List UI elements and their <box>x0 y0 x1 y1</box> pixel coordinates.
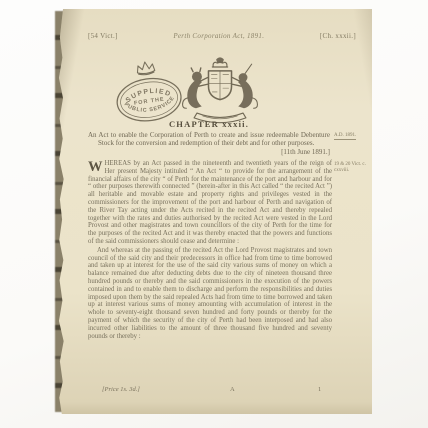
signature-mark: A <box>230 386 235 393</box>
body-text-column: WHEREAS by an Act passed in the nineteen… <box>88 160 332 340</box>
act-page: [54 Vict.] Perth Corporation Act, 1891. … <box>58 9 372 414</box>
document-photo: [54 Vict.] Perth Corporation Act, 1891. … <box>0 0 428 428</box>
price-label: [Price 1s. 3d.] <box>102 386 140 393</box>
running-header: [54 Vict.] Perth Corporation Act, 1891. … <box>88 32 356 40</box>
royal-coat-of-arms <box>172 53 268 129</box>
crown-icon <box>136 61 155 76</box>
margin-note-citation: 19 & 20 Vict. c. cxxviii. <box>334 162 376 174</box>
margin-note-ad: A.D. 1891. <box>334 133 376 139</box>
drop-cap: W <box>88 160 105 174</box>
and-whereas-paragraph: And whereas at the passing of the recite… <box>88 247 332 341</box>
royal-assent-date: [11th June 1891.] <box>88 148 330 156</box>
act-title-block: An Act to enable the Corporation of Pert… <box>88 131 330 156</box>
chapter-heading: CHAPTER xxxii. <box>86 119 332 129</box>
header-act-name: Perth Corporation Act, 1891. <box>173 32 264 40</box>
act-long-title: An Act to enable the Corporation of Pert… <box>88 131 330 147</box>
whereas-paragraph: WHEREAS by an Act passed in the nineteen… <box>88 160 332 246</box>
page-number: 1 <box>318 386 321 393</box>
header-regnal-year: [54 Vict.] <box>88 32 118 40</box>
header-chapter-ref: [Ch. xxxii.] <box>320 32 356 40</box>
